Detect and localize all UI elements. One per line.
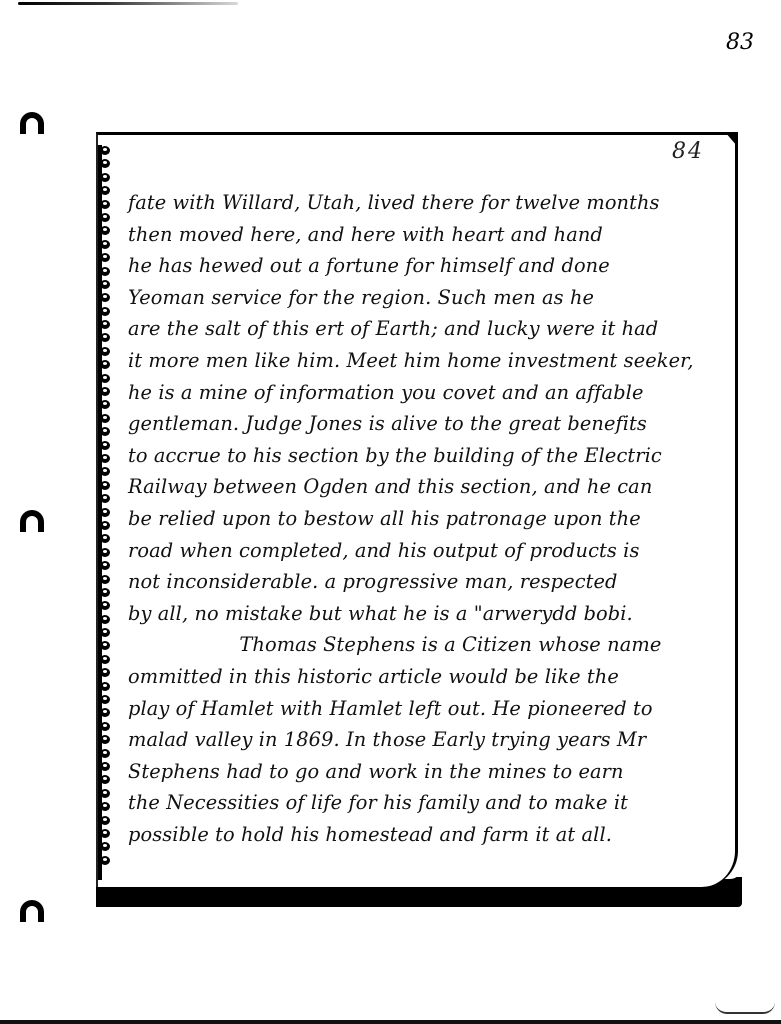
handwritten-line: not inconsiderable. a progressive man, r…: [128, 566, 728, 598]
handwritten-line: malad valley in 1869. In those Early try…: [128, 724, 728, 756]
spiral-coil-icon: [96, 828, 112, 841]
handwritten-line: be relied upon to bestow all his patrona…: [128, 503, 728, 535]
spiral-binding: [96, 145, 118, 875]
handwritten-line: ommitted in this historic article would …: [128, 661, 728, 693]
binder-hole-icon: [20, 510, 44, 532]
binder-hole-icon: [20, 900, 44, 922]
spiral-coil-icon: [96, 587, 112, 600]
handwritten-line: possible to hold his homestead and farm …: [128, 819, 728, 851]
spiral-coil-icon: [96, 788, 112, 801]
spiral-coil-icon: [96, 266, 112, 279]
spiral-coil-icon: [96, 413, 112, 426]
handwritten-line: Thomas Stephens is a Citizen whose name: [128, 629, 729, 661]
spiral-coil-icon: [96, 855, 112, 868]
spiral-coil-icon: [96, 721, 112, 734]
spiral-coil-icon: [96, 185, 112, 198]
spiral-coil-icon: [96, 145, 112, 158]
handwritten-line: he has hewed out a fortune for himself a…: [128, 250, 728, 282]
spiral-coil-icon: [96, 815, 112, 828]
spiral-coil-icon: [96, 614, 112, 627]
handwritten-line: road when completed, and his output of p…: [128, 535, 728, 567]
spiral-coil-icon: [96, 292, 112, 305]
spiral-coil-icon: [96, 252, 112, 265]
spiral-coil-icon: [96, 386, 112, 399]
handwritten-line: he is a mine of information you covet an…: [128, 377, 728, 409]
spiral-coil-icon: [96, 574, 112, 587]
notebook-page-scan: 84 fate with Willard, Utah, lived there …: [96, 132, 742, 912]
spiral-coil-icon: [96, 841, 112, 854]
spiral-coil-icon: [96, 734, 112, 747]
handwritten-line: play of Hamlet with Hamlet left out. He …: [128, 693, 728, 725]
spiral-coil-icon: [96, 346, 112, 359]
handwritten-line: fate with Willard, Utah, lived there for…: [128, 187, 728, 219]
handwritten-line: then moved here, and here with heart and…: [128, 219, 728, 251]
handwritten-line: to accrue to his section by the building…: [128, 440, 728, 472]
spiral-coil-icon: [96, 239, 112, 252]
spiral-coil-icon: [96, 520, 112, 533]
spiral-coil-icon: [96, 453, 112, 466]
binder-hole-icon: [20, 112, 44, 134]
spiral-coil-icon: [96, 306, 112, 319]
page-corner: [725, 132, 737, 146]
spiral-coil-icon: [96, 627, 112, 640]
spiral-coil-icon: [96, 801, 112, 814]
spiral-coil-icon: [96, 212, 112, 225]
spiral-coil-icon: [96, 493, 112, 506]
spiral-coil-icon: [96, 507, 112, 520]
spiral-coil-icon: [96, 600, 112, 613]
spiral-coil-icon: [96, 681, 112, 694]
handwritten-line: are the salt of this ert of Earth; and l…: [128, 313, 728, 345]
handwritten-line: by all, no mistake but what he is a "arw…: [128, 598, 728, 630]
spiral-coil-icon: [96, 761, 112, 774]
handwritten-line: Yeoman service for the region. Such men …: [128, 282, 728, 314]
spiral-coil-icon: [96, 199, 112, 212]
spiral-coil-icon: [96, 480, 112, 493]
scan-edge-bottom: [0, 1020, 781, 1024]
spiral-coil-icon: [96, 332, 112, 345]
spiral-coil-icon: [96, 158, 112, 171]
handwritten-line: Railway between Ogden and this section, …: [128, 471, 728, 503]
scan-edge-top: [18, 2, 238, 5]
notebook-page: 84 fate with Willard, Utah, lived there …: [96, 132, 738, 887]
outer-page-number: 83: [726, 30, 754, 55]
spiral-coil-icon: [96, 172, 112, 185]
spiral-coil-icon: [96, 560, 112, 573]
spiral-coil-icon: [96, 319, 112, 332]
scan-artifact-curl: [715, 1002, 775, 1014]
handwritten-line: gentleman. Judge Jones is alive to the g…: [128, 408, 728, 440]
spiral-coil-icon: [96, 279, 112, 292]
spiral-coil-icon: [96, 533, 112, 546]
spiral-coil-icon: [96, 373, 112, 386]
spiral-coil-icon: [96, 399, 112, 412]
spiral-coil-icon: [96, 440, 112, 453]
inner-page-number: 84: [672, 139, 704, 164]
spiral-coil-icon: [96, 466, 112, 479]
handwritten-line: the Necessities of life for his family a…: [128, 787, 728, 819]
spiral-coil-icon: [96, 426, 112, 439]
handwritten-line: Stephens had to go and work in the mines…: [128, 756, 728, 788]
spiral-coil-icon: [96, 359, 112, 372]
spiral-coil-icon: [96, 547, 112, 560]
spiral-coil-icon: [96, 640, 112, 653]
spiral-coil-icon: [96, 748, 112, 761]
spiral-coil-icon: [96, 225, 112, 238]
spiral-coil-icon: [96, 654, 112, 667]
spiral-coil-icon: [96, 774, 112, 787]
spiral-coil-icon: [96, 707, 112, 720]
spiral-coil-icon: [96, 667, 112, 680]
handwritten-text: fate with Willard, Utah, lived there for…: [128, 187, 733, 850]
handwritten-line: it more men like him. Meet him home inve…: [128, 345, 728, 377]
spiral-coil-icon: [96, 694, 112, 707]
